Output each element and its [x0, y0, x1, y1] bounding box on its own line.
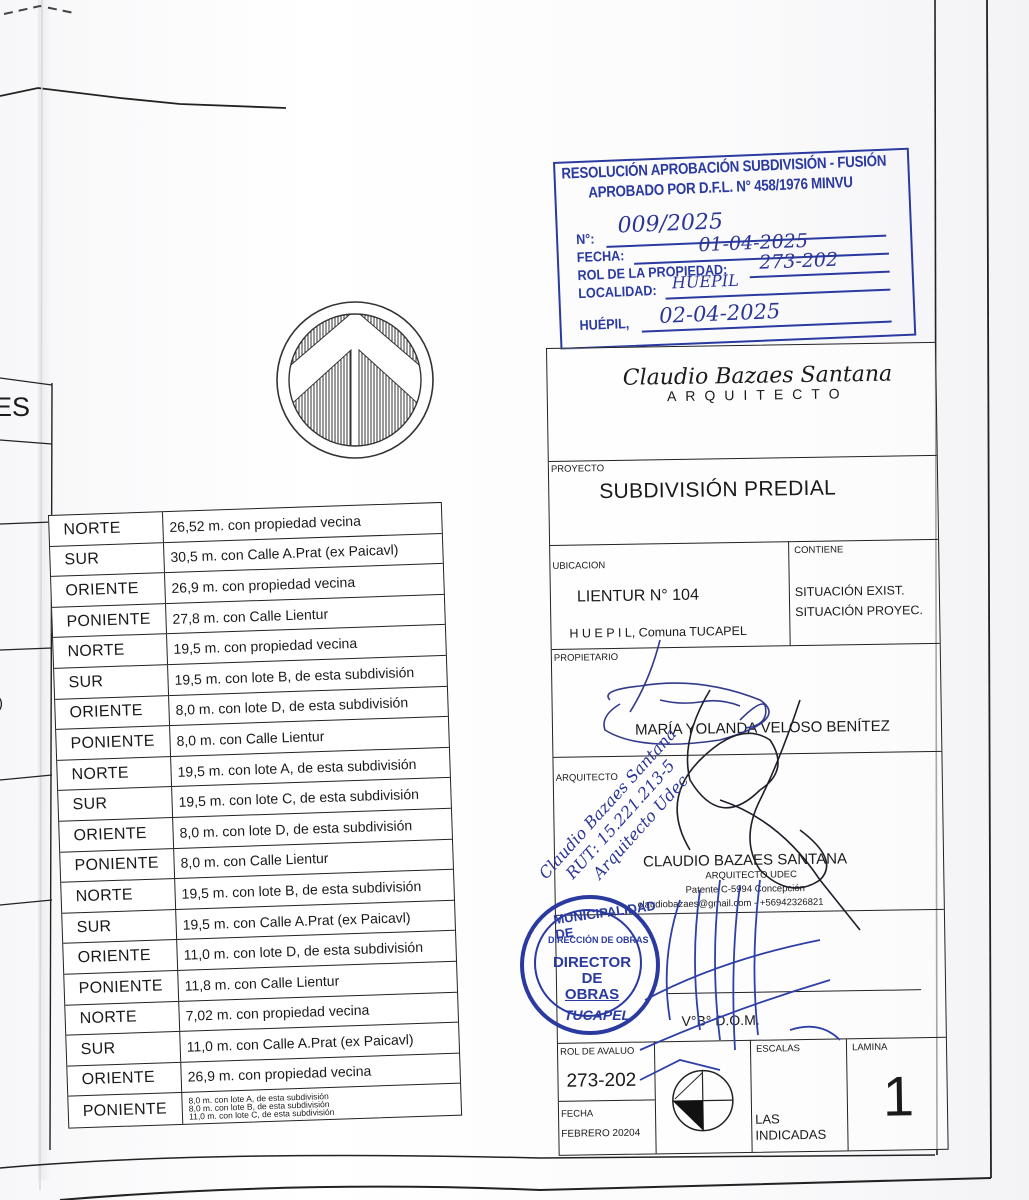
drawing-sheet: ES ) NORTE26,52 m. con propiedad vecinaS…: [0, 0, 1029, 1200]
muni-center-1: DIRECTOR: [550, 955, 634, 971]
muni-center: DIRECTOR DE OBRAS: [550, 955, 634, 1003]
muni-ring-bottom: TUCAPEL: [564, 1007, 630, 1023]
muni-sub: DIRECCIÓN DE OBRAS: [548, 935, 649, 945]
muni-center-3: OBRAS: [550, 987, 634, 1003]
handwritten-signatures: [0, 0, 1029, 1200]
municipal-stamp: MUNICIPALIDAD DE DIRECCIÓN DE OBRAS DIRE…: [520, 895, 660, 1035]
muni-center-2: DE: [550, 971, 634, 987]
